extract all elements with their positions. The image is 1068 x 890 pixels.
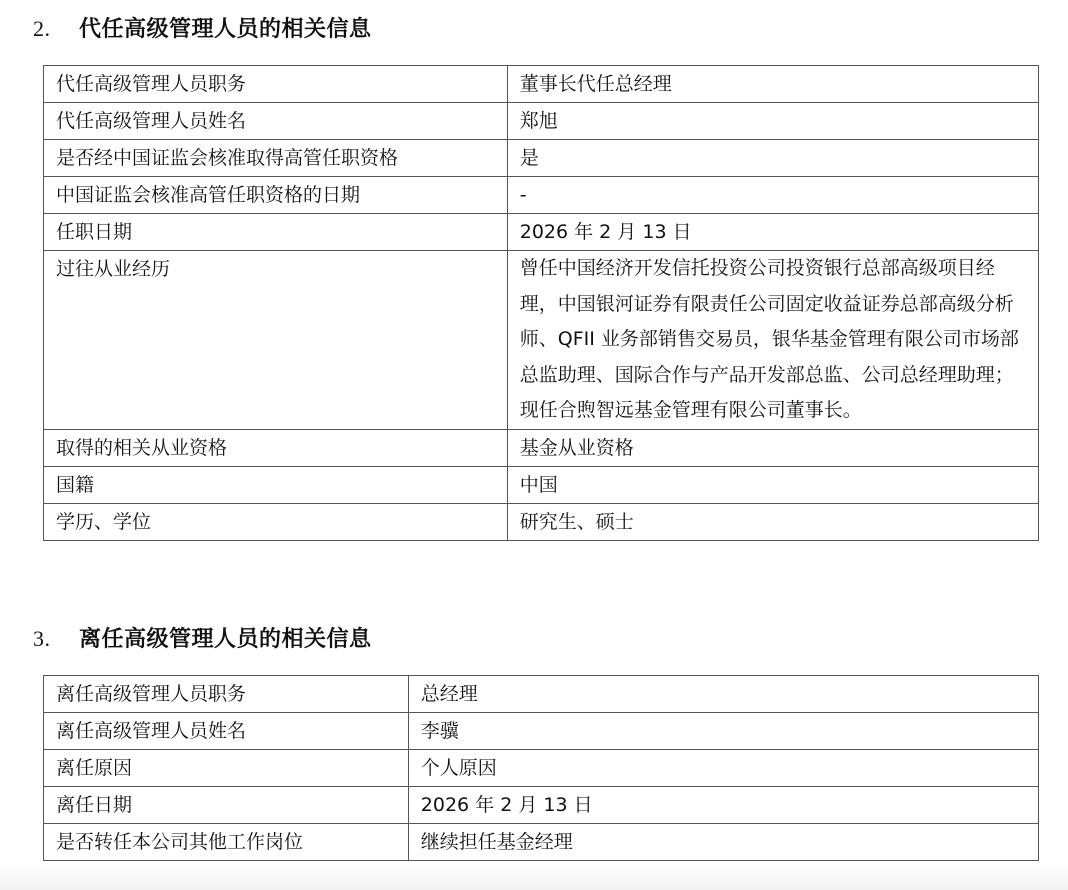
table-row: 离任高级管理人员职务 总经理 — [44, 676, 1039, 713]
section-3-heading: 3.离任高级管理人员的相关信息 — [33, 622, 372, 653]
row-value: 是 — [507, 140, 1038, 177]
row-value: 李骥 — [408, 713, 1038, 750]
table-row: 代任高级管理人员姓名 郑旭 — [44, 103, 1039, 140]
row-value: 研究生、硕士 — [507, 503, 1038, 540]
table-row: 过往从业经历 曾任中国经济开发信托投资公司投资银行总部高级项目经理，中国银河证券… — [44, 251, 1039, 430]
row-label: 学历、学位 — [44, 503, 508, 540]
row-value: 个人原因 — [408, 750, 1038, 787]
row-value: 2026 年 2 月 13 日 — [507, 214, 1038, 251]
table-row: 离任高级管理人员姓名 李骥 — [44, 713, 1039, 750]
row-label: 是否经中国证监会核准取得高管任职资格 — [44, 140, 508, 177]
section-3-title: 离任高级管理人员的相关信息 — [79, 627, 372, 652]
table-row: 是否转任本公司其他工作岗位 继续担任基金经理 — [44, 824, 1039, 861]
table-row: 取得的相关从业资格 基金从业资格 — [44, 429, 1039, 466]
row-label: 离任高级管理人员职务 — [44, 676, 409, 713]
row-value: 基金从业资格 — [507, 429, 1038, 466]
row-label: 离任日期 — [44, 787, 409, 824]
row-label: 中国证监会核准高管任职资格的日期 — [44, 177, 508, 214]
row-value: 继续担任基金经理 — [408, 824, 1038, 861]
row-label: 代任高级管理人员姓名 — [44, 103, 508, 140]
row-label: 任职日期 — [44, 214, 508, 251]
row-label: 是否转任本公司其他工作岗位 — [44, 824, 409, 861]
table-row: 代任高级管理人员职务 董事长代任总经理 — [44, 66, 1039, 103]
acting-executive-info-table: 代任高级管理人员职务 董事长代任总经理 代任高级管理人员姓名 郑旭 是否经中国证… — [43, 65, 1039, 541]
table-row: 离任原因 个人原因 — [44, 750, 1039, 787]
row-label: 取得的相关从业资格 — [44, 429, 508, 466]
table-row: 离任日期 2026 年 2 月 13 日 — [44, 787, 1039, 824]
table-row: 学历、学位 研究生、硕士 — [44, 503, 1039, 540]
row-value: 郑旭 — [507, 103, 1038, 140]
row-value: - — [507, 177, 1038, 214]
row-value: 董事长代任总经理 — [507, 66, 1038, 103]
table-row: 国籍 中国 — [44, 466, 1039, 503]
row-label: 离任原因 — [44, 750, 409, 787]
row-label: 过往从业经历 — [44, 251, 508, 430]
row-value: 总经理 — [408, 676, 1038, 713]
table-row: 任职日期 2026 年 2 月 13 日 — [44, 214, 1039, 251]
row-label: 代任高级管理人员职务 — [44, 66, 508, 103]
row-value: 2026 年 2 月 13 日 — [408, 787, 1038, 824]
row-label: 离任高级管理人员姓名 — [44, 713, 409, 750]
row-value: 中国 — [507, 466, 1038, 503]
table-row: 是否经中国证监会核准取得高管任职资格 是 — [44, 140, 1039, 177]
row-value-experience: 曾任中国经济开发信托投资公司投资银行总部高级项目经理，中国银河证券有限责任公司固… — [507, 251, 1038, 430]
departing-executive-info-table: 离任高级管理人员职务 总经理 离任高级管理人员姓名 李骥 离任原因 个人原因 离… — [43, 675, 1039, 861]
section-3-number: 3. — [33, 626, 79, 652]
table-row: 中国证监会核准高管任职资格的日期 - — [44, 177, 1039, 214]
row-label: 国籍 — [44, 466, 508, 503]
section-2-number: 2. — [33, 16, 79, 42]
section-2-heading: 2.代任高级管理人员的相关信息 — [33, 12, 372, 43]
section-2-title: 代任高级管理人员的相关信息 — [79, 17, 372, 42]
